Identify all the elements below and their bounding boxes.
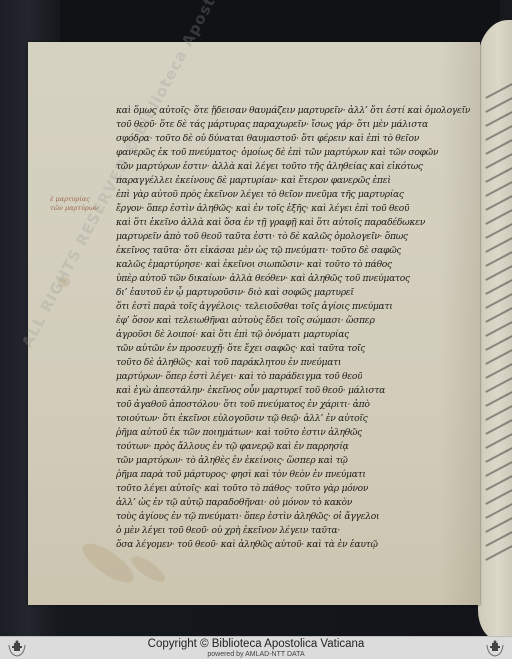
facing-page-text-stroke (485, 461, 512, 477)
manuscript-line: ὅτι ἐστὶ παρὰ τοῖς ἀγγέλοις· τελειοῦσθαι… (116, 300, 393, 314)
manuscript-line: τοῦ ἀγαθοῦ ἀποστόλου· ὅτι τοῦ πνεύματος … (116, 398, 370, 412)
manuscript-line: δι’ ἑαυτοῦ ἐν ᾧ μαρτυροῦσιν· διὸ καὶ σοφ… (116, 286, 354, 300)
manuscript-line: τῶν αὐτῶν ἐν προσευχῇ· ὅτε ἔχει σαφῶς· κ… (116, 342, 365, 356)
copyright-text: Copyright © Biblioteca Apostolica Vatica… (0, 638, 512, 650)
facing-page-text-stroke (485, 153, 512, 169)
manuscript-line: σφόδρα· τοῦτο δὲ οὐ δύναται θαυμαστοῦ· ὅ… (116, 132, 419, 146)
manuscript-line: τούτων· πρὸς ἄλλους ἐν τῷ φανερῷ καὶ ἐν … (116, 440, 349, 454)
marginal-note-line: ἐ μαρτυρίας (50, 195, 100, 204)
facing-page-text-stroke (485, 363, 512, 379)
manuscript-line: ἀλλ’ ὡς ἐν τῷ αὐτῷ παραδοθῆναι· οὐ μόνον… (116, 496, 352, 510)
manuscript-line: τοῦ θεοῦ· ὅτε δὲ τάς μάρτυρας παραχωρεῖν… (116, 118, 428, 132)
manuscript-line: παραγγέλλει ἐκείνους δὲ μαρτυρίαν· καὶ ἕ… (116, 174, 391, 188)
manuscript-line: καὶ ἐγὼ ἀπεστάλην· ἐκεῖνος οὖν μαρτυρεῖ … (116, 384, 385, 398)
manuscript-line: καλῶς ἐμαρτύρησε· καὶ ἐκεῖνοι σιωπῶσιν· … (116, 258, 392, 272)
manuscript-line: τῶν μαρτύρων ἐστιν· ἀλλὰ καὶ λέγει τοῦτο… (116, 160, 423, 174)
facing-page-text-stroke (485, 391, 512, 407)
facing-page-text-stroke (485, 489, 512, 505)
manuscript-line: μαρτυρεῖν ἀπὸ τοῦ θεοῦ ταῦτα ἐστι· τὸ δὲ… (116, 230, 408, 244)
facing-page-text-stroke (485, 139, 512, 155)
manuscript-line: ῥῆμα αὐτοῦ ἐκ τῶν ποιημάτων· καὶ τοῦτο ἐ… (116, 426, 362, 440)
manuscript-folio: ALL RIGHTS RESERVED © Biblioteca Apostol… (28, 42, 480, 605)
facing-page-text-stroke (485, 83, 512, 99)
manuscript-line: ἔργον· ὅπερ ἐστὶν ἀληθῶς· καὶ ἐν τοῖς ἑξ… (116, 202, 409, 216)
facing-page-text-stroke (485, 279, 512, 295)
facing-page-text-stroke (485, 181, 512, 197)
facing-page-edge (478, 20, 512, 636)
manuscript-line: ῥῆμα παρὰ τοῦ μάρτυρος· φησὶ καὶ τὸν θεὸ… (116, 468, 366, 482)
facing-page-text-stroke (485, 531, 512, 547)
manuscript-line: ἀγροῦσι δὲ λοιποί· καὶ ὅτι ἐπὶ τῷ ὀνόματ… (116, 328, 349, 342)
manuscript-line: τοῦτο δὲ ἀληθῶς· καὶ τοῦ παράκλητου ἐν π… (116, 356, 341, 370)
facing-page-text-stroke (485, 251, 512, 267)
manuscript-line: ἐφ’ ὅσον καὶ τελειωθῆναι αὐτοὺς ἔδει τοῖ… (116, 314, 375, 328)
facing-page-text-stroke (485, 111, 512, 127)
facing-page-text-stroke (485, 349, 512, 365)
facing-page-text-stroke (485, 97, 512, 113)
image-viewer-canvas[interactable]: ALL RIGHTS RESERVED © Biblioteca Apostol… (0, 0, 512, 636)
manuscript-line: καὶ ὅτι ἐκεῖνο ἀλλὰ καὶ ὅσα ἐν τῇ γραφῇ … (116, 216, 425, 230)
facing-page-text-stroke (485, 475, 512, 491)
facing-page-text-stroke (485, 377, 512, 393)
facing-page-text-stroke (485, 545, 512, 561)
facing-page-text-stroke (485, 293, 512, 309)
manuscript-line: τῶν μαρτύρων· τὸ ἀληθὲς ἐν ἐκείνοις· ὥσπ… (116, 454, 348, 468)
facing-page-text-stroke (485, 517, 512, 533)
facing-page-text-stroke (485, 209, 512, 225)
facing-page-text-stroke (485, 321, 512, 337)
vatican-seal-icon (484, 639, 506, 658)
facing-page-text-stroke (485, 167, 512, 183)
facing-page-text-stroke (485, 335, 512, 351)
marginal-note-line: τῶν μαρτύρων (50, 204, 100, 213)
facing-page-text-stroke (485, 223, 512, 239)
manuscript-line: τοῦτο λέγει αὐτοῖς· καὶ τοῦτο τὸ πάθος· … (116, 482, 368, 496)
facing-page-text-stroke (485, 307, 512, 323)
footer-bar: Copyright © Biblioteca Apostolica Vatica… (0, 636, 512, 659)
marginal-note: ἐ μαρτυρίας τῶν μαρτύρων (50, 195, 100, 213)
facing-page-text-stroke (485, 503, 512, 519)
water-stain (128, 552, 169, 586)
manuscript-line: ἐπὶ γὰρ αὐτοῦ πρὸς ἐκεῖνον λέγει τὸ θεῖο… (116, 188, 404, 202)
manuscript-line: τοιούτων· ὅτι ἐκεῖνοι εὐλογοῦσιν τῷ θεῷ·… (116, 412, 368, 426)
manuscript-line: ὁ μὲν λέγει τοῦ θεοῦ· οὐ χρὴ ἐκεῖνον λέγ… (116, 524, 340, 538)
facing-page-text-stroke (485, 265, 512, 281)
facing-page-text-stroke (485, 433, 512, 449)
facing-page-text-stroke (485, 419, 512, 435)
facing-page-text-stroke (485, 125, 512, 141)
manuscript-line: τοὺς ἁγίους ἐν τῷ πνεύματι· ὅπερ ἐστὶν ἀ… (116, 510, 379, 524)
powered-by-text: powered by AMLAD-NTT DATA (0, 651, 512, 658)
facing-page-text-stroke (485, 195, 512, 211)
manuscript-line: ἐκεῖνος ταῦτα· ὅτι εἰκάσαι μὲν ὡς τῷ πνε… (116, 244, 401, 258)
background-cloth (60, 0, 500, 42)
manuscript-line: φανερῶς ἐκ τοῦ πνεύματος· ὁμοίως δὲ ἐπὶ … (116, 146, 438, 160)
facing-page-text-stroke (485, 237, 512, 253)
manuscript-line: μαρτύρων· ὅπερ ἐστὶ λέγει· καὶ τὸ παράδε… (116, 370, 362, 384)
manuscript-line: καὶ ὅμως αὐτοῖς· ὅτε ᾔδεισαν θαυμάζειν μ… (116, 104, 470, 118)
manuscript-line: ὅσα λέγομεν· τοῦ θεοῦ· καὶ ἀληθῶς αὐτοῦ·… (116, 538, 378, 552)
facing-page-text-stroke (485, 405, 512, 421)
manuscript-line: ὑπὲρ αὐτοῦ τῶν δικαίων· ἀλλὰ θεόθεν· καὶ… (116, 272, 410, 286)
facing-page-text-stroke (485, 447, 512, 463)
